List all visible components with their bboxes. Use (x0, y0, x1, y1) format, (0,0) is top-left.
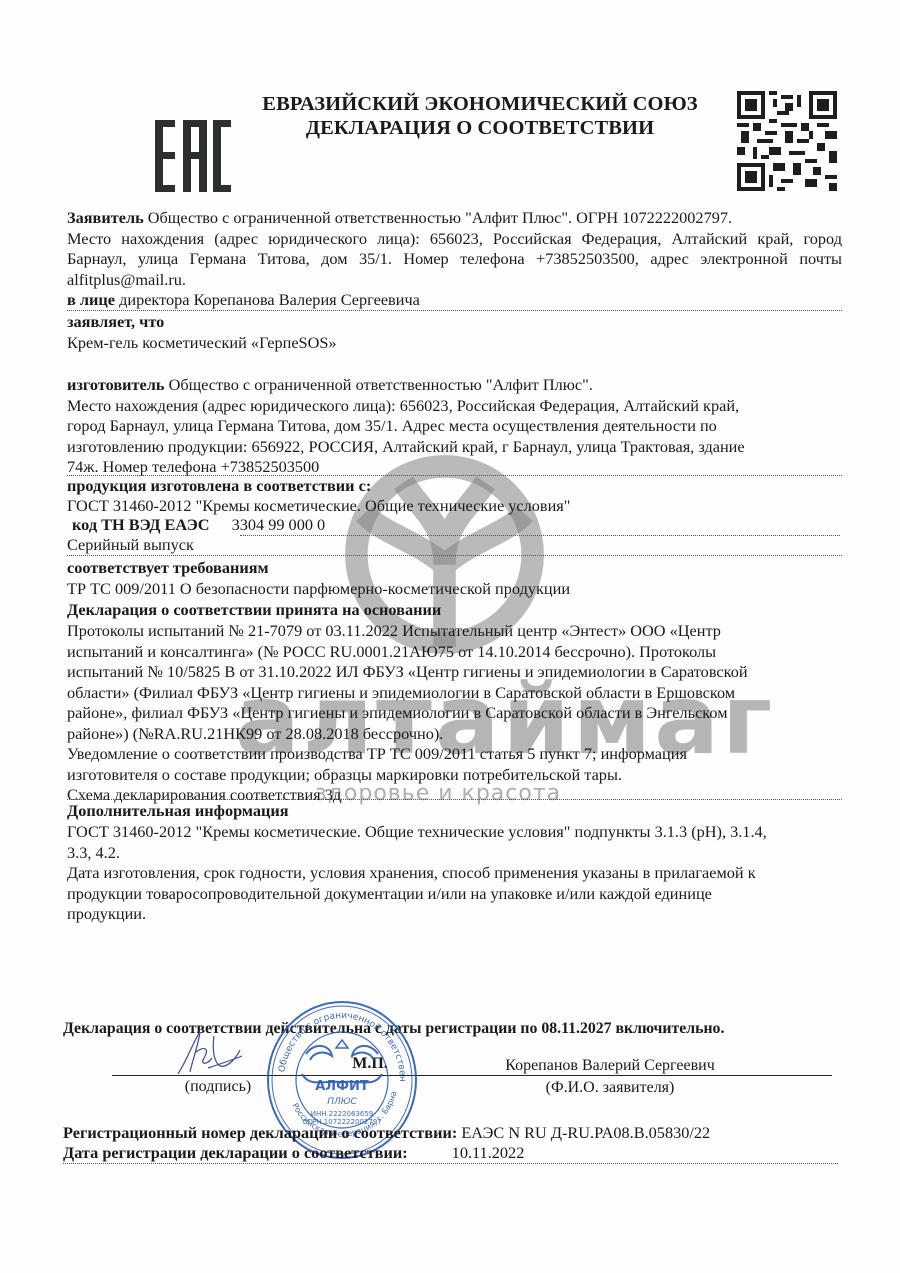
director-name: директора Корепанова Валерия Сергеевича (115, 290, 420, 309)
product-name: Крем-гель косметический «ГерпеSOS» (67, 333, 842, 354)
regulation: ТР ТС 009/2011 О безопасности парфюмерно… (67, 579, 842, 600)
eac-logo-icon (155, 120, 231, 192)
svg-text:ИНН 2222063659: ИНН 2222063659 (311, 1110, 374, 1118)
registration-date-label: Дата регистрации декларации о соответств… (63, 1143, 408, 1162)
qr-code-icon[interactable] (737, 91, 837, 191)
signature-caption: (подпись) (178, 1078, 258, 1096)
signer-caption: (Ф.И.О. заявителя) (500, 1079, 720, 1097)
divider (67, 310, 842, 311)
divider (67, 555, 842, 556)
complies-label: соответствует требованиям (67, 558, 842, 579)
release-type: Серийный выпуск (67, 535, 842, 556)
signer-name: Корепанов Валерий Сергеевич (480, 1057, 740, 1075)
registration-number-label: Регистрационный номер декларации о соотв… (63, 1123, 457, 1142)
svg-text:АЛФИТ: АЛФИТ (315, 1079, 369, 1094)
registration-number: ЕАЭС N RU Д-RU.PA08.B.05830/22 (461, 1123, 710, 1142)
additional-label: Дополнительная информация (67, 801, 842, 822)
basis-label: Декларация о соответствии принята на осн… (67, 600, 842, 621)
declares-label: заявляет, что (67, 312, 842, 333)
tn-ved-label: код ТН ВЭД ЕАЭС (72, 515, 210, 534)
manufacturer-section: изготовитель Общество с ограниченной отв… (67, 375, 842, 478)
basis-text: Протоколы испытаний № 21-7079 от 03.11.2… (67, 621, 842, 806)
registration-date: 10.11.2022 (452, 1143, 525, 1162)
standard: ГОСТ 31460-2012 "Кремы косметические. Об… (67, 496, 842, 517)
declaration-page: алтаймаг здоровье и красота ЕВР (0, 0, 900, 1273)
applicant-address: Место нахождения (адрес юридического лиц… (67, 229, 842, 291)
svg-text:ПЛЮС: ПЛЮС (327, 1097, 357, 1107)
produced-per-label: продукция изготовлена в соответствии с: (67, 476, 842, 497)
divider (63, 1163, 838, 1164)
applicant-label: Заявитель (67, 208, 144, 227)
divider (67, 799, 842, 800)
title-declaration: ДЕКЛАРАЦИЯ О СООТВЕТСТВИИ (230, 116, 730, 140)
manufacturer-name: Общество с ограниченной ответственностью… (165, 375, 593, 394)
additional-text: ГОСТ 31460-2012 "Кремы косметические. Об… (67, 822, 842, 925)
signature-icon (170, 1028, 245, 1078)
registration-date-row: Дата регистрации декларации о соответств… (63, 1143, 863, 1164)
document-title: ЕВРАЗИЙСКИЙ ЭКОНОМИЧЕСКИЙ СОЮЗ ДЕКЛАРАЦИ… (230, 92, 730, 140)
tn-ved-row: код ТН ВЭД ЕАЭС3304 99 000 0 (72, 515, 847, 536)
applicant-section: Заявитель Общество с ограниченной ответс… (67, 208, 842, 290)
manufacturer-label: изготовитель (67, 375, 165, 394)
title-union: ЕВРАЗИЙСКИЙ ЭКОНОМИЧЕСКИЙ СОЮЗ (230, 92, 730, 116)
registration-number-row: Регистрационный номер декларации о соотв… (63, 1123, 863, 1144)
tn-ved-code: 3304 99 000 0 (232, 515, 326, 534)
svg-text:Общество с ограниченной ответс: Общество с ограниченной ответственностью… (262, 998, 407, 1082)
represented-by: в лице директора Корепанова Валерия Серг… (67, 290, 842, 311)
applicant-name: Общество с ограниченной ответственностью… (144, 208, 732, 227)
